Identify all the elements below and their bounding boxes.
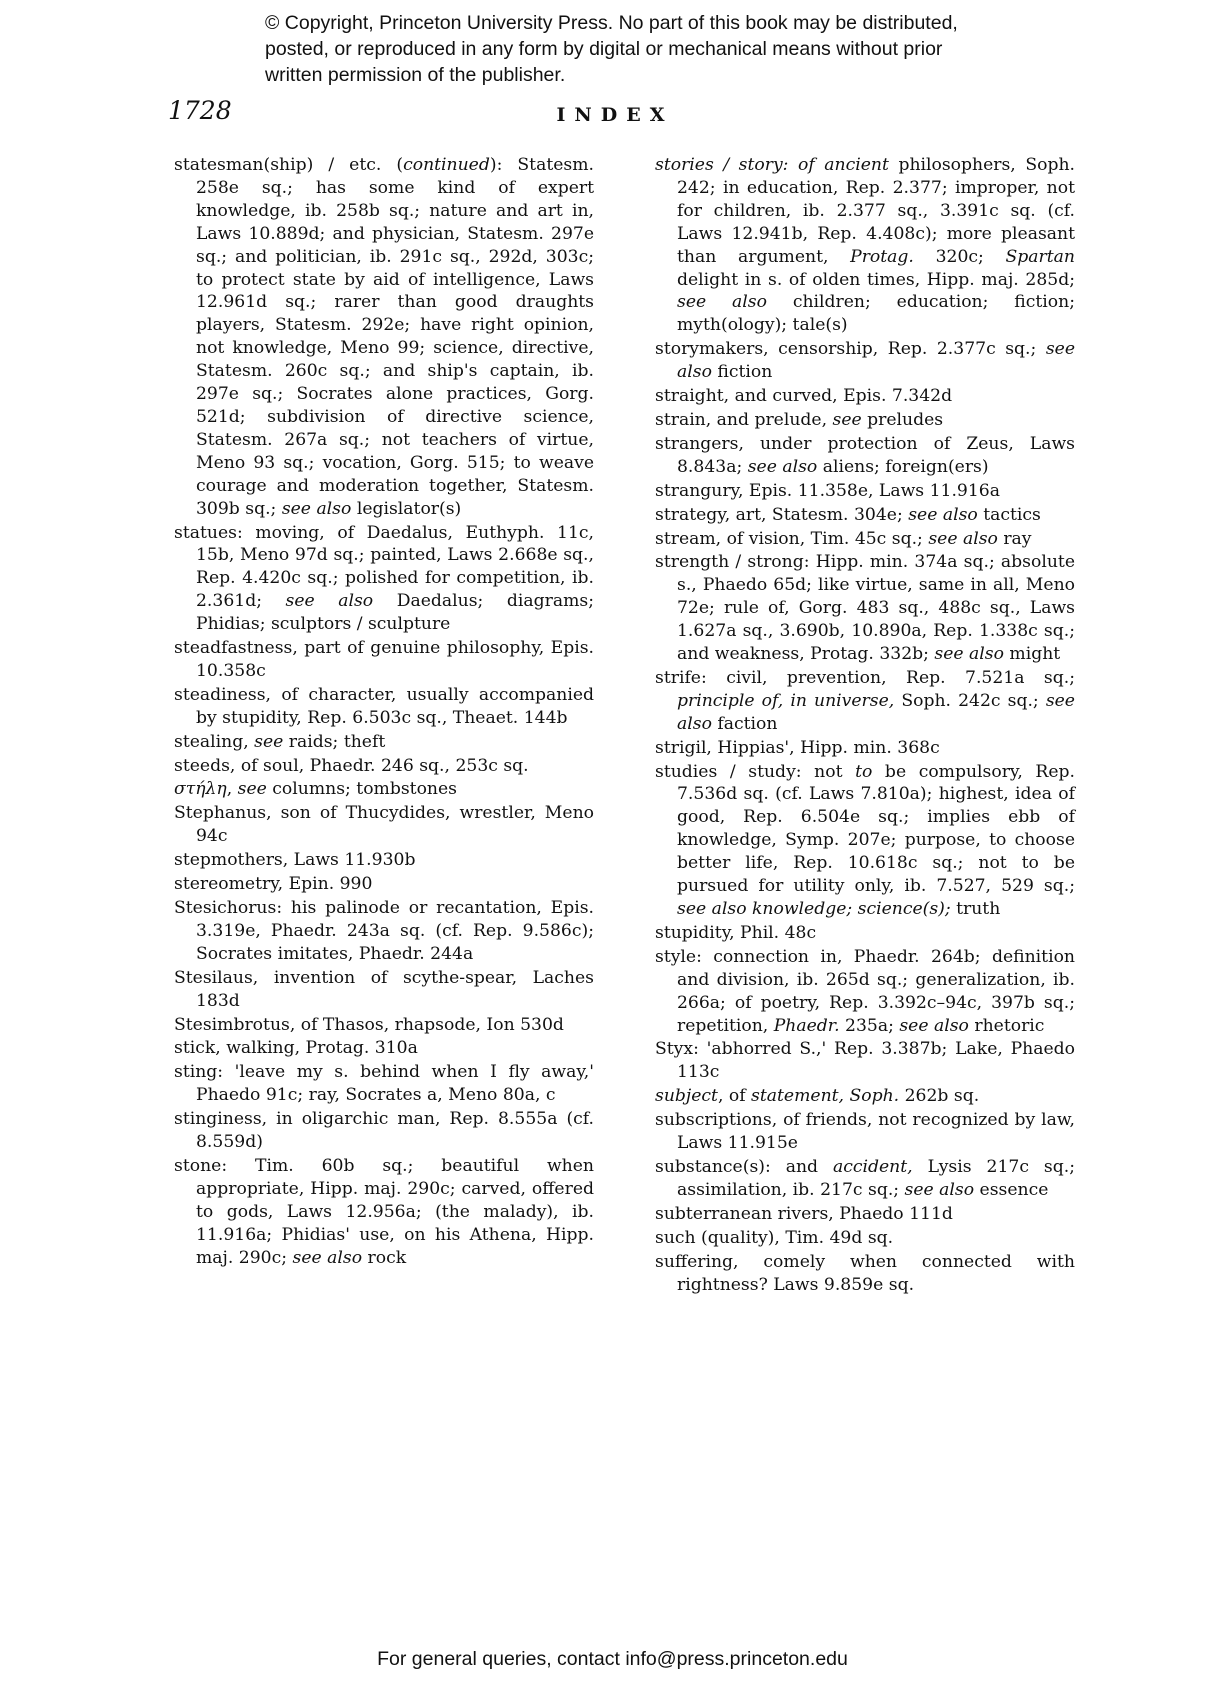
index-entry: Stesichorus: his palinode or recantation… — [174, 897, 594, 966]
entry-text: stick, walking, Protag. 310a — [174, 1038, 418, 1058]
index-entry: strain, and prelude, see preludes — [655, 409, 1075, 432]
index-entry: stereometry, Epin. 990 — [174, 873, 594, 896]
index-entry: steeds, of soul, Phaedr. 246 sq., 253c s… — [174, 755, 594, 778]
entry-text: Stesimbrotus, of Thasos, rhapsode, Ion 5… — [174, 1015, 564, 1035]
index-entry: Styx: 'abhorred S.,' Rep. 3.387b; Lake, … — [655, 1038, 1075, 1084]
entry-text: strain, and prelude, — [655, 410, 833, 430]
entry-text: subterranean rivers, Phaedo 111d — [655, 1204, 953, 1224]
index-entry: storymakers, censorship, Rep. 2.377c sq.… — [655, 338, 1075, 384]
entry-text: preludes — [862, 410, 943, 430]
italic-text: Protag. — [850, 247, 914, 267]
entry-text: ray — [998, 529, 1032, 549]
index-entry: strangers, under protection of Zeus, Law… — [655, 433, 1075, 479]
italic-text: accident, — [833, 1157, 913, 1177]
entry-text: truth — [951, 899, 1001, 919]
entry-text: steadfastness, part of genuine philosoph… — [174, 638, 594, 681]
index-entry: strigil, Hippias', Hipp. min. 368c — [655, 737, 1075, 760]
entry-text: straight, and curved, Epis. 7.342d — [655, 386, 952, 406]
index-entry: sting: 'leave my s. behind when I fly aw… — [174, 1061, 594, 1107]
entry-text: tactics — [978, 505, 1041, 525]
italic-text: see also — [282, 499, 352, 519]
italic-text: statement, Soph. — [751, 1086, 899, 1106]
italic-text: see also — [934, 644, 1004, 664]
entry-text: such (quality), Tim. 49d sq. — [655, 1228, 893, 1248]
italic-text: see — [238, 779, 267, 799]
entry-text: strangury, Epis. 11.358e, Laws 11.916a — [655, 481, 1000, 501]
entry-text: essence — [974, 1180, 1048, 1200]
entry-text: suffering, comely when connected with ri… — [655, 1252, 1075, 1295]
italic-text: of ancient — [798, 155, 889, 175]
entry-text: steeds, of soul, Phaedr. 246 sq., 253c s… — [174, 756, 529, 776]
italic-text: see also — [899, 1016, 969, 1036]
italic-text: see also — [905, 1180, 975, 1200]
index-entry: statues: moving, of Daedalus, Euthyph. 1… — [174, 522, 594, 637]
entry-text: sting: 'leave my s. behind when I fly aw… — [174, 1062, 594, 1105]
italic-text: see also — [293, 1248, 363, 1268]
entry-text: aliens; foreign(ers) — [817, 457, 988, 477]
entry-text: steadiness, of character, usually accomp… — [174, 685, 594, 728]
index-entry: steadfastness, part of genuine philosoph… — [174, 637, 594, 683]
index-entry: Stephanus, son of Thucydides, wrestler, … — [174, 802, 594, 848]
index-column-right: stories / story: of ancient philosophers… — [655, 154, 1075, 1297]
entry-text: 235a; — [840, 1016, 900, 1036]
index-entry: stream, of vision, Tim. 45c sq.; see als… — [655, 528, 1075, 551]
index-entry: stepmothers, Laws 11.930b — [174, 849, 594, 872]
index-entry: statesman(ship) / etc. (continued): Stat… — [174, 154, 594, 521]
entry-text: ): Statesm. 258e sq.; has some kind of e… — [196, 155, 594, 519]
index-entry: studies / study: not to be compulsory, R… — [655, 761, 1075, 921]
entry-text: Styx: 'abhorred S.,' Rep. 3.387b; Lake, … — [655, 1039, 1075, 1082]
italic-text: Spartan — [1006, 247, 1075, 267]
index-entry: subterranean rivers, Phaedo 111d — [655, 1203, 1075, 1226]
entry-text: stinginess, in oligarchic man, Rep. 8.55… — [174, 1109, 594, 1152]
index-entry: substance(s): and accident, Lysis 217c s… — [655, 1156, 1075, 1202]
entry-text: might — [1004, 644, 1060, 664]
entry-text: stealing, — [174, 732, 254, 752]
copyright-notice: © Copyright, Princeton University Press.… — [265, 10, 985, 88]
index-entry: strategy, art, Statesm. 304e; see also t… — [655, 504, 1075, 527]
entry-text: Soph. 242c sq.; — [894, 691, 1046, 711]
entry-text: raids; theft — [283, 732, 385, 752]
entry-text: 320c; — [914, 247, 1006, 267]
italic-text: στήλη — [174, 779, 227, 799]
entry-text: strife: civil, prevention, Rep. 7.521a s… — [655, 668, 1075, 688]
index-entry: stinginess, in oligarchic man, Rep. 8.55… — [174, 1108, 594, 1154]
index-entry: Stesimbrotus, of Thasos, rhapsode, Ion 5… — [174, 1014, 594, 1037]
index-entry: stories / story: of ancient philosophers… — [655, 154, 1075, 337]
index-entry: stick, walking, Protag. 310a — [174, 1037, 594, 1060]
italic-text: stories / story: — [655, 155, 798, 175]
entry-text: faction — [712, 714, 778, 734]
italic-text: see also — [748, 457, 818, 477]
entry-text: legislator(s) — [351, 499, 461, 519]
entry-text: , — [227, 779, 238, 799]
italic-text: principle of, in universe, — [677, 691, 894, 711]
entry-text: substance(s): and — [655, 1157, 833, 1177]
index-entry: stone: Tim. 60b sq.; beautiful when appr… — [174, 1155, 594, 1270]
index-entry: στήλη, see columns; tombstones — [174, 778, 594, 801]
italic-text: see also — [286, 591, 374, 611]
entry-text: 262b sq. — [899, 1086, 979, 1106]
index-column-left: statesman(ship) / etc. (continued): Stat… — [174, 154, 594, 1271]
index-entry: style: connection in, Phaedr. 264b; defi… — [655, 946, 1075, 1038]
entry-text: strigil, Hippias', Hipp. min. 368c — [655, 738, 940, 758]
entry-text: Stesilaus, invention of scythe-spear, La… — [174, 968, 594, 1011]
entry-text: Stephanus, son of Thucydides, wrestler, … — [174, 803, 594, 846]
italic-text: Phaedr. — [774, 1016, 840, 1036]
index-entry: subject, of statement, Soph. 262b sq. — [655, 1085, 1075, 1108]
entry-text: subscriptions, of friends, not recognize… — [655, 1110, 1075, 1153]
index-entry: strife: civil, prevention, Rep. 7.521a s… — [655, 667, 1075, 736]
entry-text: fiction — [712, 362, 772, 382]
running-head: INDEX — [530, 104, 700, 126]
italic-text: subject — [655, 1086, 718, 1106]
italic-text: see also knowledge; science(s); — [677, 899, 951, 919]
entry-text: columns; tombstones — [267, 779, 457, 799]
index-entry: strangury, Epis. 11.358e, Laws 11.916a — [655, 480, 1075, 503]
entry-text: strategy, art, Statesm. 304e; — [655, 505, 908, 525]
index-entry: suffering, comely when connected with ri… — [655, 1251, 1075, 1297]
index-entry: stupidity, Phil. 48c — [655, 922, 1075, 945]
footer-contact: For general queries, contact info@press.… — [0, 1648, 1225, 1671]
italic-text: continued — [403, 155, 490, 175]
italic-text: see also — [908, 505, 978, 525]
entry-text: , of — [718, 1086, 751, 1106]
entry-text: stepmothers, Laws 11.930b — [174, 850, 415, 870]
entry-text: Stesichorus: his palinode or recantation… — [174, 898, 594, 964]
page-number: 1728 — [168, 96, 232, 125]
index-entry: Stesilaus, invention of scythe-spear, La… — [174, 967, 594, 1013]
index-entry: subscriptions, of friends, not recognize… — [655, 1109, 1075, 1155]
italic-text: see — [833, 410, 862, 430]
italic-text: see — [254, 732, 283, 752]
entry-text: studies / study: not — [655, 762, 855, 782]
entry-text: delight in s. of olden times, Hipp. maj.… — [677, 270, 1075, 290]
entry-text: stupidity, Phil. 48c — [655, 923, 816, 943]
italic-text: see also — [677, 292, 767, 312]
index-entry: such (quality), Tim. 49d sq. — [655, 1227, 1075, 1250]
italic-text: to — [855, 762, 872, 782]
entry-text: statesman(ship) / etc. ( — [174, 155, 403, 175]
entry-text: rhetoric — [969, 1016, 1045, 1036]
index-entry: strength / strong: Hipp. min. 374a sq.; … — [655, 551, 1075, 666]
entry-text: stream, of vision, Tim. 45c sq.; — [655, 529, 928, 549]
entry-text: storymakers, censorship, Rep. 2.377c sq.… — [655, 339, 1046, 359]
entry-text: stereometry, Epin. 990 — [174, 874, 372, 894]
index-entry: straight, and curved, Epis. 7.342d — [655, 385, 1075, 408]
entry-text: rock — [362, 1248, 406, 1268]
index-entry: steadiness, of character, usually accomp… — [174, 684, 594, 730]
index-entry: stealing, see raids; theft — [174, 731, 594, 754]
italic-text: see also — [928, 529, 998, 549]
